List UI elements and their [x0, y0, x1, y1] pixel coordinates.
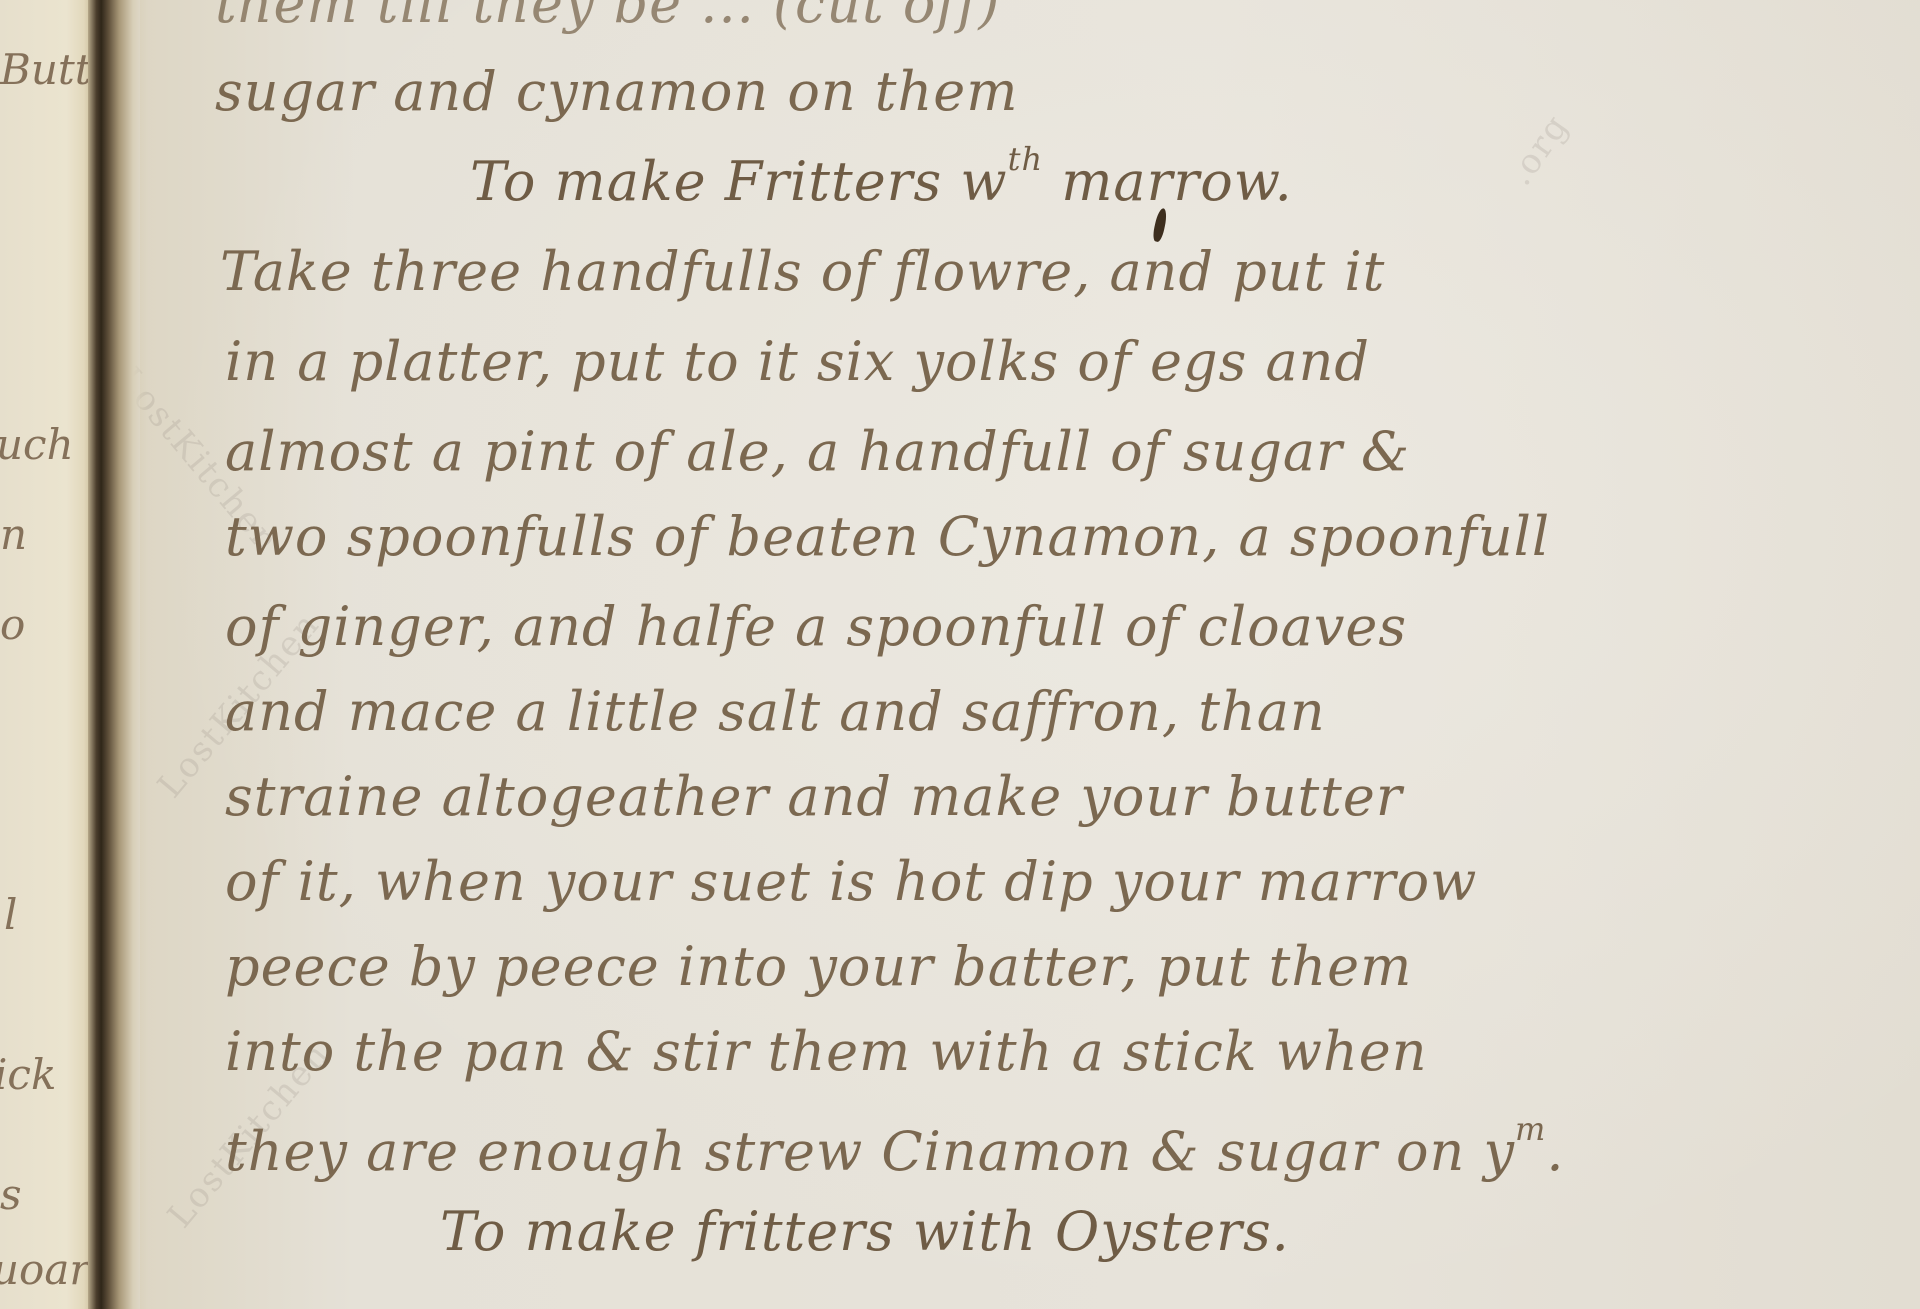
manuscript-line: sugar and cynamon on them — [215, 60, 1018, 123]
recipe-heading: To make fritters with Oysters. — [440, 1200, 1290, 1263]
margin-fragment: o — [0, 600, 25, 649]
left-page: Butter uch n o l ick s uoar. — [0, 0, 95, 1309]
manuscript-line: two spoonfulls of beaten Cynamon, a spoo… — [225, 505, 1550, 568]
margin-fragment: l — [4, 890, 17, 939]
margin-fragment: uoar. — [0, 1245, 95, 1294]
manuscript-line: of ginger, and halfe a spoonfull of cloa… — [225, 595, 1407, 658]
manuscript-line: them till they be ... (cut off) — [215, 0, 1000, 35]
manuscript-line: of it, when your suet is hot dip your ma… — [225, 850, 1477, 913]
margin-fragment: s — [0, 1170, 22, 1219]
book-gutter — [88, 0, 148, 1309]
manuscript-line: peece by peece into your batter, put the… — [225, 935, 1412, 998]
manuscript-line: in a platter, put to it six yolks of egs… — [225, 330, 1370, 393]
manuscript-line: they are enough strew Cinamon & sugar on… — [225, 1110, 1565, 1183]
manuscript-line: almost a pint of ale, a handfull of suga… — [225, 420, 1410, 483]
margin-fragment: uch — [0, 420, 74, 469]
watermark: .org — [1500, 107, 1577, 193]
manuscript-line: Take three handfulls of flowre, and put … — [220, 240, 1385, 303]
manuscript-line: into the pan & stir them with a stick wh… — [225, 1020, 1427, 1083]
manuscript-line: straine altogeather and make your butter — [225, 765, 1403, 828]
margin-fragment: n — [0, 510, 27, 559]
recipe-heading: To make Fritters wth marrow. — [470, 140, 1293, 213]
margin-fragment: ick — [0, 1050, 56, 1099]
margin-fragment: Butter — [0, 45, 95, 94]
manuscript-line: and mace a little salt and saffron, than — [225, 680, 1326, 743]
